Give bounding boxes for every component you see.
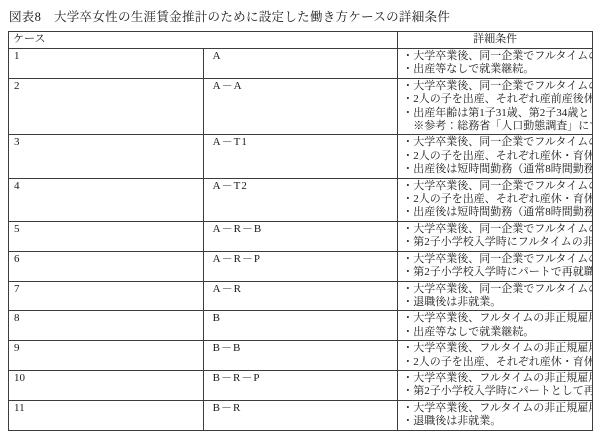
table-row: 10B－R－P・大学卒業後、フルタイムの非正規雇用者で働き、第1子出産時に退職。…	[9, 370, 593, 400]
case-label: A	[203, 49, 398, 79]
case-label: A－R－P	[203, 251, 398, 281]
table-row: 8B・大学卒業後、フルタイムの非正規雇用者で働き続け、60歳（または65歳）で退…	[9, 311, 593, 341]
detail-line: ・大学卒業後、同一企業でフルタイムの正規雇用者として働き、第1子出産時に退職。	[402, 223, 590, 236]
table-row: 2A－A・大学卒業後、同一企業でフルタイムの正規雇用者として働き続け、60歳（ま…	[9, 78, 593, 135]
case-label: B－B	[203, 341, 398, 371]
table-row: 7A－R・大学卒業後、同一企業でフルタイムの正規雇用者として働き、第1子出産時に…	[9, 281, 593, 311]
details-column-header: 詳細条件	[398, 32, 593, 49]
detail-line: ・大学卒業後、同一企業でフルタイムの正規雇用者として働き続け、60歳（または65…	[402, 180, 590, 193]
case-details-cell: ・大学卒業後、フルタイムの非正規雇用者で働き続け、60歳（または65歳）で退職。…	[398, 311, 593, 341]
case-label: A－A	[203, 78, 398, 135]
case-column-header: ケース	[9, 32, 398, 49]
case-number: 5	[9, 221, 204, 251]
detail-line: ・退職後は非就業。	[402, 415, 590, 428]
detail-line: ・出産後は短時間勤務（通常8時間勤務を6時間と仮定）を第2子が3歳未満まで。	[402, 163, 590, 176]
case-number: 11	[9, 400, 204, 430]
table-row: 5A－R－B・大学卒業後、同一企業でフルタイムの正規雇用者として働き、第1子出産…	[9, 221, 593, 251]
case-number: 8	[9, 311, 204, 341]
case-label: A－T1	[203, 135, 398, 178]
case-number: 7	[9, 281, 204, 311]
case-number: 10	[9, 370, 204, 400]
case-details-cell: ・大学卒業後、同一企業でフルタイムの正規雇用者として働き続け、60歳（または65…	[398, 78, 593, 135]
detail-line: ・第2子小学校入学時にパートとして再就職、60歳（または65歳）で退職。	[402, 385, 590, 398]
detail-line: ・第2子小学校入学時にパートで再就職、60歳（または65歳）で退職。	[402, 266, 590, 279]
detail-line: ・出産等なしで就業継続。	[402, 326, 590, 339]
table-header: ケース 詳細条件	[9, 32, 593, 49]
case-number: 3	[9, 135, 204, 178]
detail-line: ・2人の子を出産、それぞれ産休・育休を合計1年取得、フルタイムで復職。	[402, 356, 590, 369]
figure-title: 図表8 大学卒女性の生涯賃金推計のために設定した働き方ケースの詳細条件	[0, 0, 600, 25]
case-details-cell: ・大学卒業後、同一企業でフルタイムの正規雇用者として働き、第1子出産時に退職。・…	[398, 221, 593, 251]
table-row: 6A－R－P・大学卒業後、同一企業でフルタイムの正規雇用者として働き、第1子出産…	[9, 251, 593, 281]
detail-line: ・大学卒業後、フルタイムの非正規雇用者で働き、第1子出産時に退職。	[402, 402, 590, 415]
table-row: 11B－R・大学卒業後、フルタイムの非正規雇用者で働き、第1子出産時に退職。・退…	[9, 400, 593, 430]
case-label: B－R－P	[203, 370, 398, 400]
case-number: 4	[9, 178, 204, 221]
detail-line: ・出産年齢は第1子31歳、第2子34歳とし、全ての出産ケースで共通とする	[402, 107, 590, 120]
table-row: 1A・大学卒業後、同一企業でフルタイムの正規雇用者として働き続け、60歳（または…	[9, 49, 593, 79]
case-details-cell: ・大学卒業後、同一企業でフルタイムの正規雇用者として働き、第1子出産時に退職。・…	[398, 251, 593, 281]
case-details-cell: ・大学卒業後、同一企業でフルタイムの正規雇用者として働き続け、60歳（または65…	[398, 135, 593, 178]
header-row: ケース 詳細条件	[9, 32, 593, 49]
detail-line: ・大学卒業後、フルタイムの非正規雇用者で働き続け、60歳（または65歳）で退職。	[402, 342, 590, 355]
case-label: B	[203, 311, 398, 341]
case-table-body: 1A・大学卒業後、同一企業でフルタイムの正規雇用者として働き続け、60歳（または…	[9, 49, 593, 431]
case-details-cell: ・大学卒業後、フルタイムの非正規雇用者で働き続け、60歳（または65歳）で退職。…	[398, 341, 593, 371]
detail-line: ・大学卒業後、同一企業でフルタイムの正規雇用者として働き、第1子出産時に退職。	[402, 283, 590, 296]
detail-line: ・大学卒業後、同一企業でフルタイムの正規雇用者として働き続け、60歳（または65…	[402, 80, 590, 93]
case-label: A－R	[203, 281, 398, 311]
case-details-cell: ・大学卒業後、フルタイムの非正規雇用者で働き、第1子出産時に退職。・退職後は非就…	[398, 400, 593, 430]
detail-line: ・大学卒業後、フルタイムの非正規雇用者で働き続け、60歳（または65歳）で退職。	[402, 312, 590, 325]
case-label: B－R	[203, 400, 398, 430]
case-details-cell: ・大学卒業後、同一企業でフルタイムの正規雇用者として働き、第1子出産時に退職。・…	[398, 281, 593, 311]
case-details-cell: ・大学卒業後、同一企業でフルタイムの正規雇用者として働き続け、60歳（または65…	[398, 49, 593, 79]
case-details-cell: ・大学卒業後、同一企業でフルタイムの正規雇用者として働き続け、60歳（または65…	[398, 178, 593, 221]
detail-line: ・大学卒業後、同一企業でフルタイムの正規雇用者として働き続け、60歳（または65…	[402, 50, 590, 63]
table-row: 9B－B・大学卒業後、フルタイムの非正規雇用者で働き続け、60歳（または65歳）…	[9, 341, 593, 371]
detail-line: ・大学卒業後、同一企業でフルタイムの正規雇用者として働き続け、60歳（または65…	[402, 136, 590, 149]
table-row: 3A－T1・大学卒業後、同一企業でフルタイムの正規雇用者として働き続け、60歳（…	[9, 135, 593, 178]
detail-line: ・出産等なしで就業継続。	[402, 63, 590, 76]
detail-line: ・退職後は非就業。	[402, 296, 590, 309]
case-details-cell: ・大学卒業後、フルタイムの非正規雇用者で働き、第1子出産時に退職。・第2子小学校…	[398, 370, 593, 400]
case-number: 6	[9, 251, 204, 281]
detail-line: ・2人の子を出産、それぞれ産前産後休業と育児休業を合計1年取得、フルタイムで復職…	[402, 93, 590, 106]
detail-line: ・2人の子を出産、それぞれ産休・育休を合計1年取得。	[402, 193, 590, 206]
detail-line: ※参考：総務省「人口動態調査」にて、2015年の母親の第1子平均出生年齢は30.…	[402, 120, 590, 133]
detail-line: ・第2子小学校入学時にフルタイムの非正規雇用者で再就職、60歳（または65歳）で…	[402, 236, 590, 249]
case-label: A－T2	[203, 178, 398, 221]
case-number: 1	[9, 49, 204, 79]
table-row: 4A－T2・大学卒業後、同一企業でフルタイムの正規雇用者として働き続け、60歳（…	[9, 178, 593, 221]
case-label: A－R－B	[203, 221, 398, 251]
detail-line: ・大学卒業後、フルタイムの非正規雇用者で働き、第1子出産時に退職。	[402, 372, 590, 385]
case-conditions-table: ケース 詳細条件 1A・大学卒業後、同一企業でフルタイムの正規雇用者として働き続…	[8, 31, 593, 431]
case-number: 9	[9, 341, 204, 371]
detail-line: ・大学卒業後、同一企業でフルタイムの正規雇用者として働き、第1子出産時に退職。	[402, 253, 590, 266]
case-number: 2	[9, 78, 204, 135]
detail-line: ・2人の子を出産、それぞれ産休・育休を合計1年取得。	[402, 150, 590, 163]
detail-line: ・出産後は短時間勤務（通常8時間勤務を6時間と仮定）を第2子小学校入学前まで。	[402, 206, 590, 219]
